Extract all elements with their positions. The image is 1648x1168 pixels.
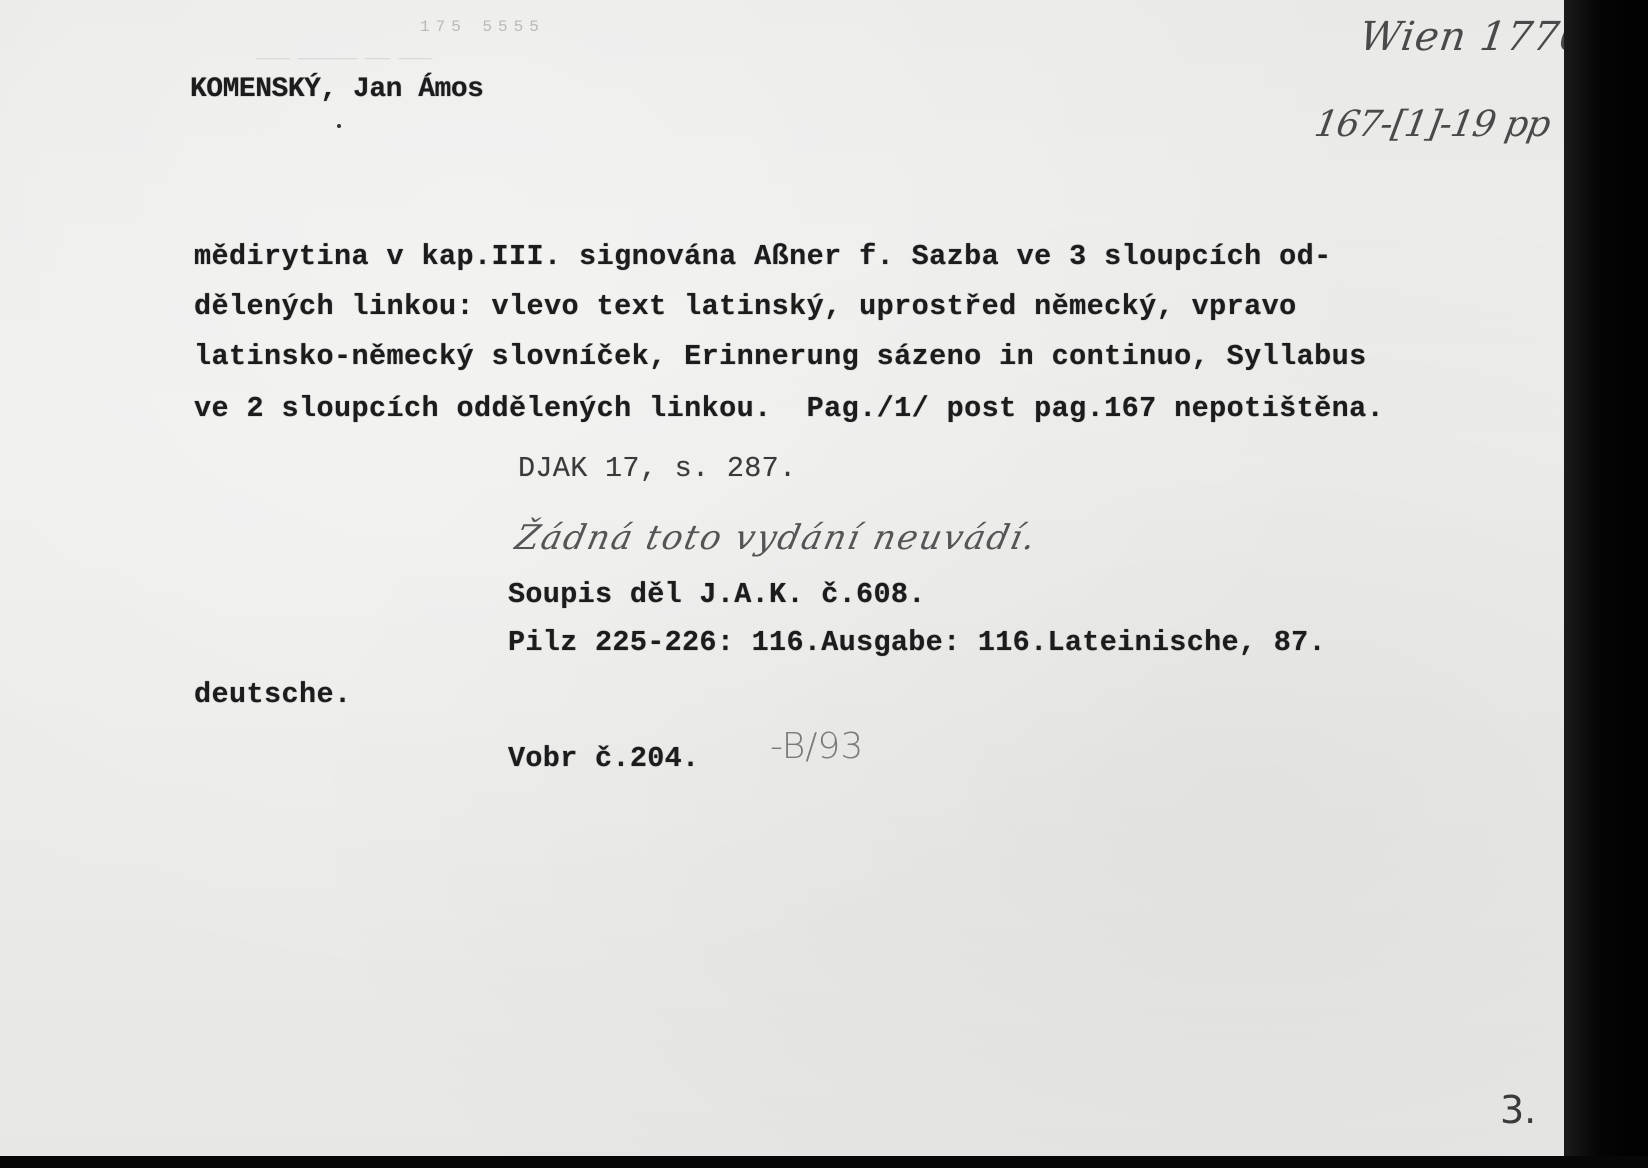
handwritten-card-number: 3.: [1500, 1088, 1536, 1132]
scan-border-right: [1564, 0, 1648, 1168]
heading-dot-mark: [337, 124, 341, 128]
description-line-1: mědirytina v kap.III. signována Aßner f.…: [194, 240, 1332, 273]
faint-overline: ‾‾‾‾ ‾‾‾‾‾‾‾ ‾‾‾ ‾‾‾‾: [256, 58, 432, 74]
description-line-3: latinsko-německý slovníček, Erinnerung s…: [194, 340, 1367, 373]
faint-stamp: 175 5555: [420, 18, 545, 36]
reference-vobr: Vobr č.204.: [508, 742, 699, 775]
catalog-card: 175 5555 ‾‾‾‾ ‾‾‾‾‾‾‾ ‾‾‾ ‾‾‾‾ KOMENSKÝ,…: [0, 0, 1566, 1156]
reference-pilz: Pilz 225-226: 116.Ausgabe: 116.Lateinisc…: [508, 626, 1326, 659]
handwritten-shelf-mark: -B/93: [770, 726, 863, 767]
card-heading-author: KOMENSKÝ, Jan Ámos: [190, 74, 483, 105]
description-line-2: dělených linkou: vlevo text latinský, up…: [194, 290, 1297, 323]
handwritten-pagination: 167-[1]-19 pp: [1311, 104, 1553, 145]
reference-pilz-continued: deutsche.: [194, 678, 352, 711]
handwritten-note: Žádná toto vydání neuvádí.: [512, 518, 1041, 558]
reference-djak: DJAK 17, s. 287.: [518, 452, 796, 485]
handwritten-place-year: Wien 1776: [1357, 14, 1590, 60]
scan-border-bottom: [0, 1156, 1648, 1168]
reference-soupis: Soupis děl J.A.K. č.608.: [508, 578, 926, 611]
description-line-4: ve 2 sloupcích oddělených linkou. Pag./1…: [194, 392, 1384, 425]
